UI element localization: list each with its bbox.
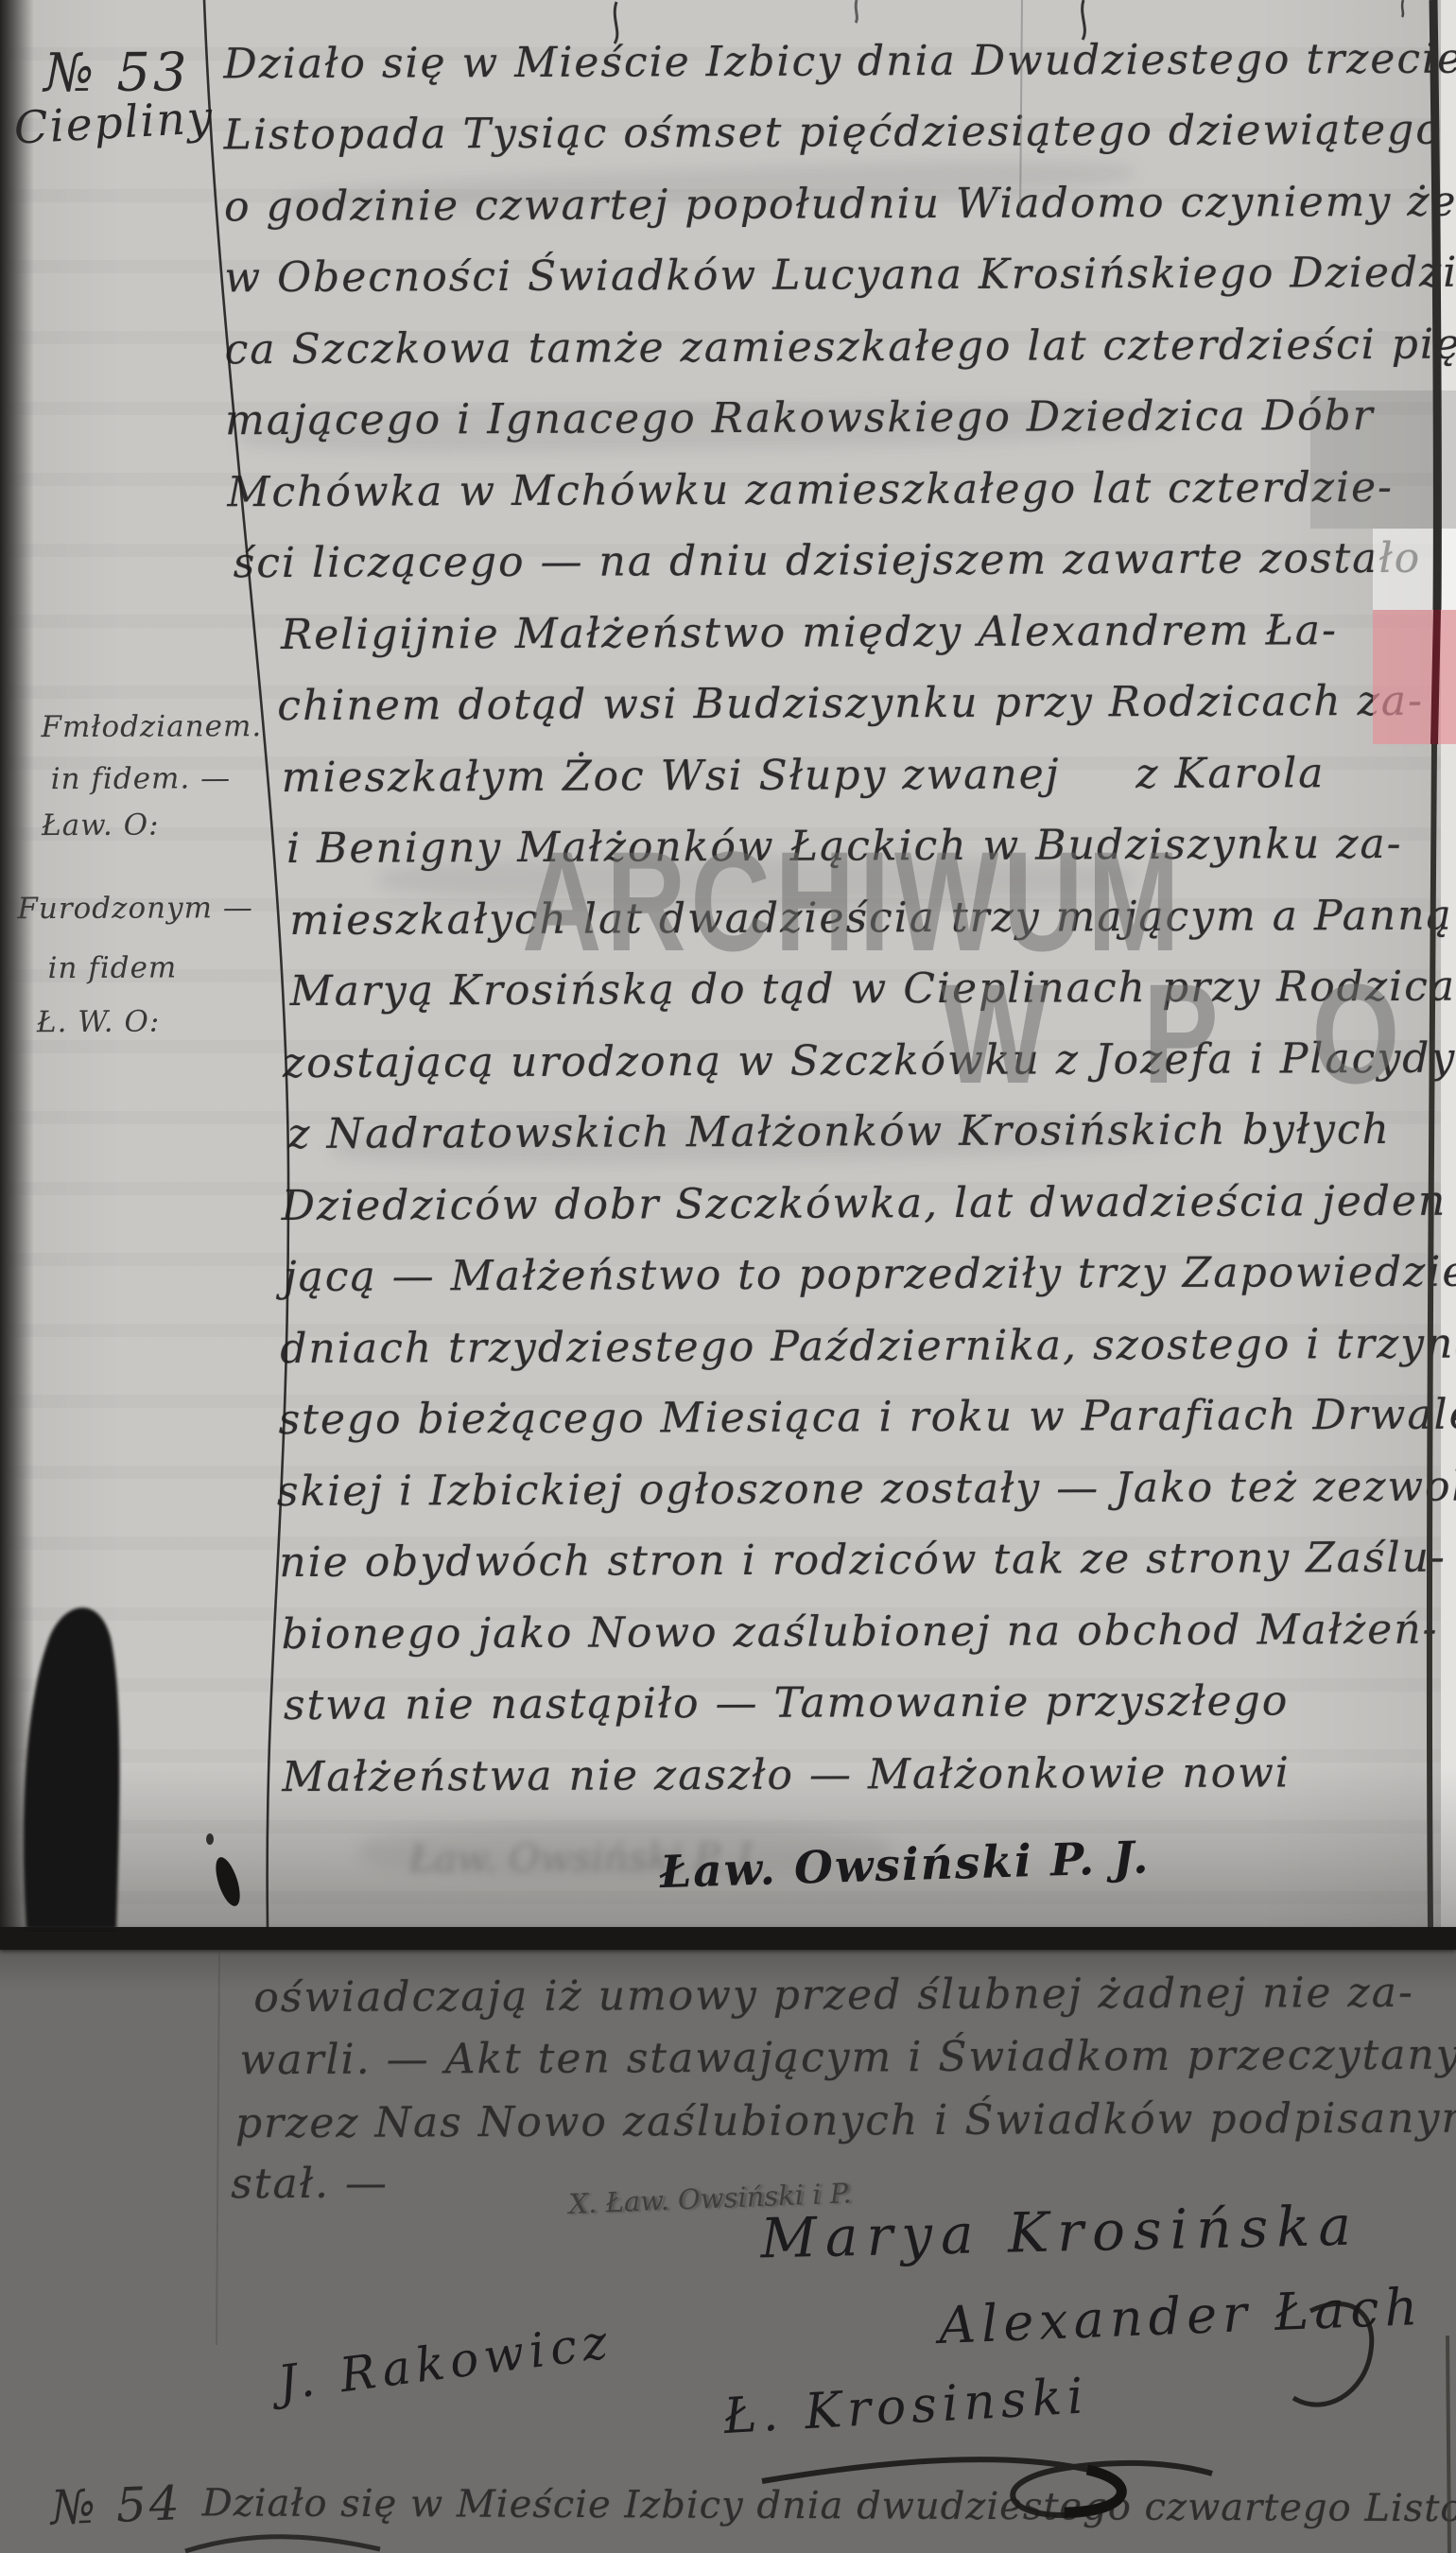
page-bottom-shadow [0,1766,1456,1929]
body-line: chinem dotąd wsi Budziszynku przy Rodzic… [277,677,1424,730]
next-record-number: № 54 [50,2475,183,2535]
witness1-signature: J. Rakowicz [275,2314,616,2410]
body-line: mieszkałym Żoc Wsi Słupy zwanej z Karola [282,749,1326,802]
margin-note-groom-line: Ław. O: [42,808,160,843]
margin-note-groom-line: Fmłodzianem. [41,709,262,744]
record-place-title: Ciepliny [12,92,216,155]
archive-watermark-line2: W P O Z [941,963,1456,1104]
body-line: ca Szczkowa tamże zamieszkałego lat czte… [225,320,1456,373]
body-line: Mchówka w Mchówku zamieszkałego lat czte… [227,463,1394,516]
scan-gap-band [0,1927,1456,1950]
groom-signature: Alexander Łach [938,2277,1425,2355]
body-line: Religijnie Małżeństwo między Alexandrem … [281,606,1338,659]
body-line: mającego i Ignacego Rakowskiego Dziedzic… [225,391,1375,444]
body-line: Listopada Tysiąc ośmset pięćdziesiątego … [224,105,1456,159]
body-line: jącą — Małżeństwo to poprzedziły trzy Za… [284,1247,1456,1301]
body-line: w Obecności Świadków Lucyana Krosińskieg… [224,249,1456,303]
witness2-signature: Ł. Krosinski [722,2368,1090,2445]
margin-note-bride-line: in fidem [47,951,177,986]
body-line: Dziedziców dobr Szczkówka, lat dwadzieśc… [282,1176,1456,1230]
body-line: stwa nie nastąpiło — Tamowanie przyszłeg… [284,1676,1289,1729]
body-line: warli. — Akt ten stawającym i Świadkom p… [239,2031,1456,2085]
body-line: przez Nas Nowo zaślubionych i Świadków p… [235,2093,1456,2147]
body-line: bionego jako Nowo zaślubionej na obchod … [282,1606,1439,1659]
margin-note-groom-line: in fidem. — [51,761,232,796]
bride-signature: Marya Krosińska [760,2194,1361,2271]
handwriting-layer: № 53 Ciepliny Fmłodzianem. in fidem. — Ł… [0,0,1456,2553]
body-line: stał. — [231,2160,389,2209]
margin-note-bride-line: Furodzonym — [17,891,253,926]
scan-gap-shadow [0,1950,1456,1991]
body-line: o godzinie czwartej popołudniu Wiadomo c… [224,178,1456,232]
body-line: z Nadratowskich Małżonków Krosińskich by… [287,1105,1391,1158]
body-line: dniach trzydziestego Października, szost… [280,1319,1456,1373]
margin-note-bride-line: Ł. W. O: [37,1005,161,1040]
body-line: stego bieżącego Miesiąca i roku w Parafi… [279,1390,1456,1444]
archival-document-scan: № 53 Ciepliny Fmłodzianem. in fidem. — Ł… [0,0,1456,2553]
body-line: Działo się w Mieście Izbicy dnia Dwudzie… [223,34,1456,88]
archive-watermark-line1: ARCHIWUM [522,830,1184,972]
body-line: skiej i Izbickiej ogłoszone zostały — Ja… [277,1462,1456,1516]
body-line: nie obydwóch stron i rodziców tak ze str… [279,1534,1447,1587]
next-record-opening-line: Działo się w Mieście Izbicy dnia dwudzie… [202,2481,1456,2530]
body-line: ści liczącego — na dniu dzisiejszem zawa… [234,534,1422,587]
